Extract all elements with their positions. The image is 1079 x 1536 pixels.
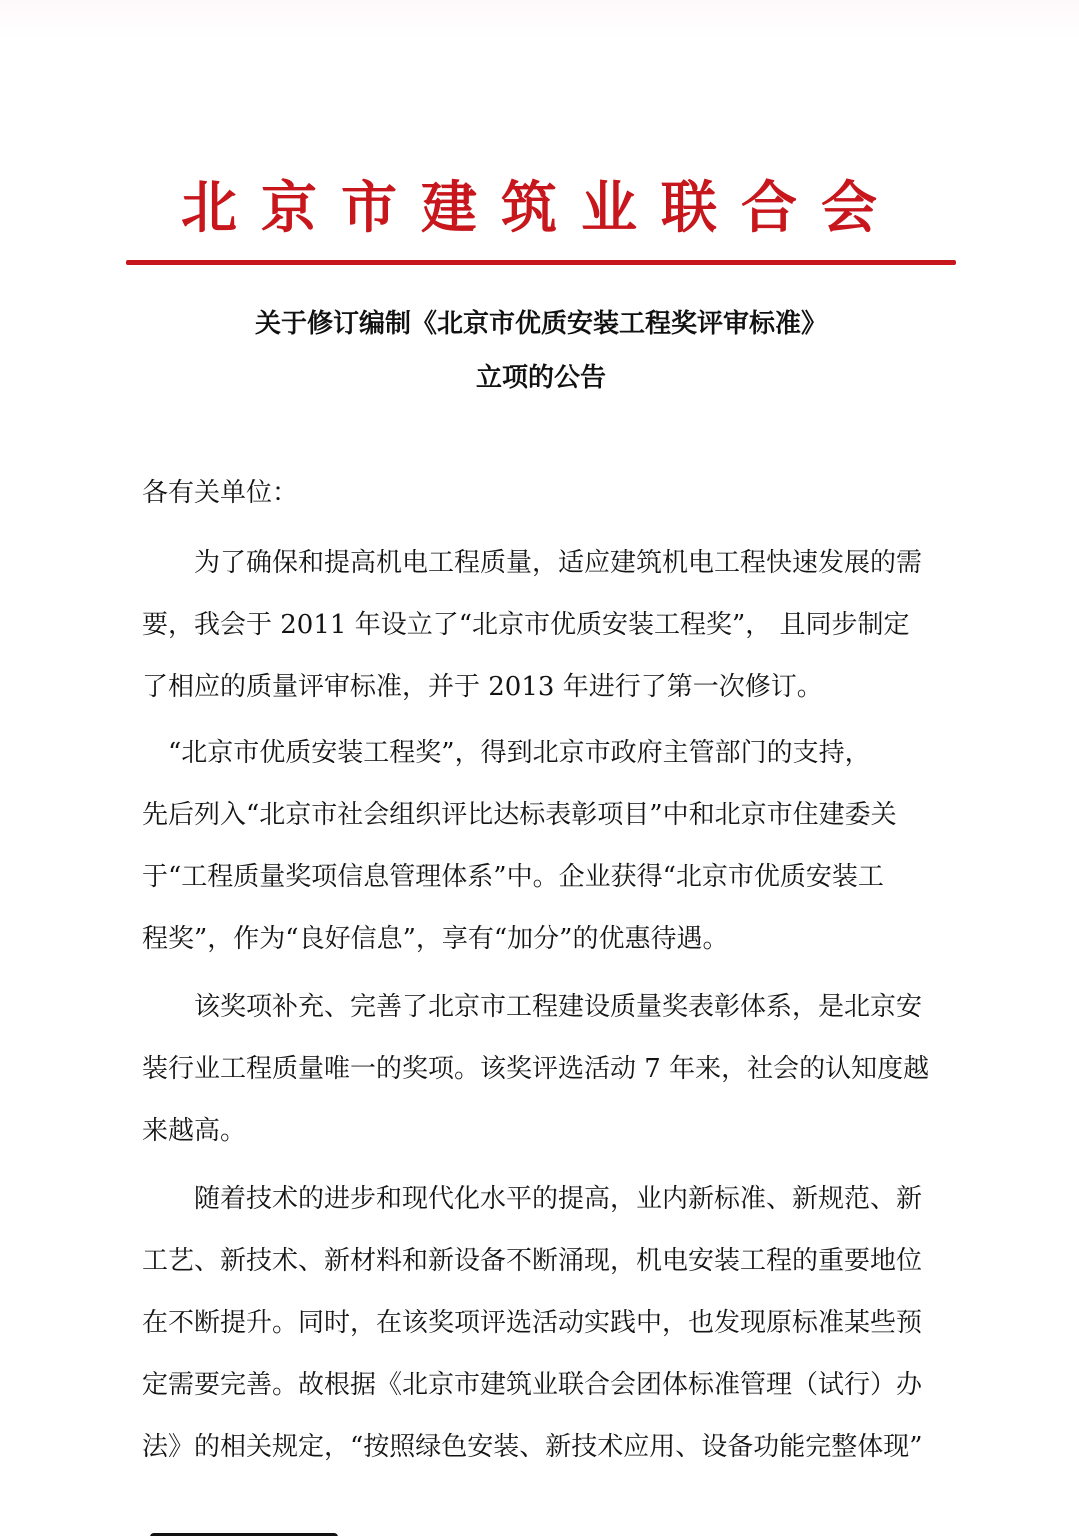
document-title-line-1: 关于修订编制《北京市优质安装工程奖评审标准》 (126, 303, 956, 340)
document-title-line-2: 立项的公告 (126, 357, 956, 394)
paragraph-line: 工艺、新技术、新材料和新设备不断涌现，机电安装工程的重要地位 (142, 1230, 922, 1292)
paragraph-4: 随着技术的进步和现代化水平的提高，业内新标准、新规范、新 工艺、新技术、新材料和… (142, 1168, 922, 1478)
paragraph-2: “北京市优质安装工程奖”，得到北京市政府主管部门的支持， 先后列入“北京市社会组… (142, 722, 922, 970)
salutation: 各有关单位： (142, 462, 922, 524)
paragraph-line: 该奖项补充、完善了北京市工程建设质量奖表彰体系，是北京安 (142, 976, 922, 1038)
paragraph-line: 于“工程质量奖项信息管理体系”中。企业获得“北京市优质安装工 (142, 846, 922, 908)
paragraph-line: 装行业工程质量唯一的奖项。该奖评选活动 7 年来，社会的认知度越 (142, 1038, 922, 1100)
letterhead-red-rule (126, 260, 956, 265)
paragraph-line: 为了确保和提高机电工程质量，适应建筑机电工程快速发展的需 (142, 532, 922, 594)
paragraph-line: 了相应的质量评审标准，并于 2013 年进行了第一次修订。 (142, 656, 922, 718)
paragraph-line: 来越高。 (142, 1100, 922, 1162)
paragraph-line: 随着技术的进步和现代化水平的提高，业内新标准、新规范、新 (142, 1168, 922, 1230)
paragraph-line: 程奖”，作为“良好信息”，享有“加分”的优惠待遇。 (142, 908, 922, 970)
paragraph-1: 为了确保和提高机电工程质量，适应建筑机电工程快速发展的需 要，我会于 2011 … (142, 532, 922, 718)
paragraph-line: 要，我会于 2011 年设立了“北京市优质安装工程奖”， 且同步制定 (142, 594, 922, 656)
paragraph-3: 该奖项补充、完善了北京市工程建设质量奖表彰体系，是北京安 装行业工程质量唯一的奖… (142, 976, 922, 1162)
paragraph-line: 先后列入“北京市社会组织评比达标表彰项目”中和北京市住建委关 (142, 784, 922, 846)
letterhead-org-name: 北京市建筑业联合会 (126, 168, 956, 248)
paragraph-line: 法》的相关规定，“按照绿色安装、新技术应用、设备功能完整体现” (142, 1416, 922, 1478)
paragraph-line: 定需要完善。故根据《北京市建筑业联合会团体标准管理（试行）办 (142, 1354, 922, 1416)
paragraph-line: 在不断提升。同时，在该奖项评选活动实践中，也发现原标准某些预 (142, 1292, 922, 1354)
document-page: 北京市建筑业联合会 关于修订编制《北京市优质安装工程奖评审标准》 立项的公告 各… (0, 0, 1079, 1536)
paragraph-line: “北京市优质安装工程奖”，得到北京市政府主管部门的支持， (142, 722, 922, 784)
document-body: 各有关单位： 为了确保和提高机电工程质量，适应建筑机电工程快速发展的需 要，我会… (142, 462, 922, 1478)
